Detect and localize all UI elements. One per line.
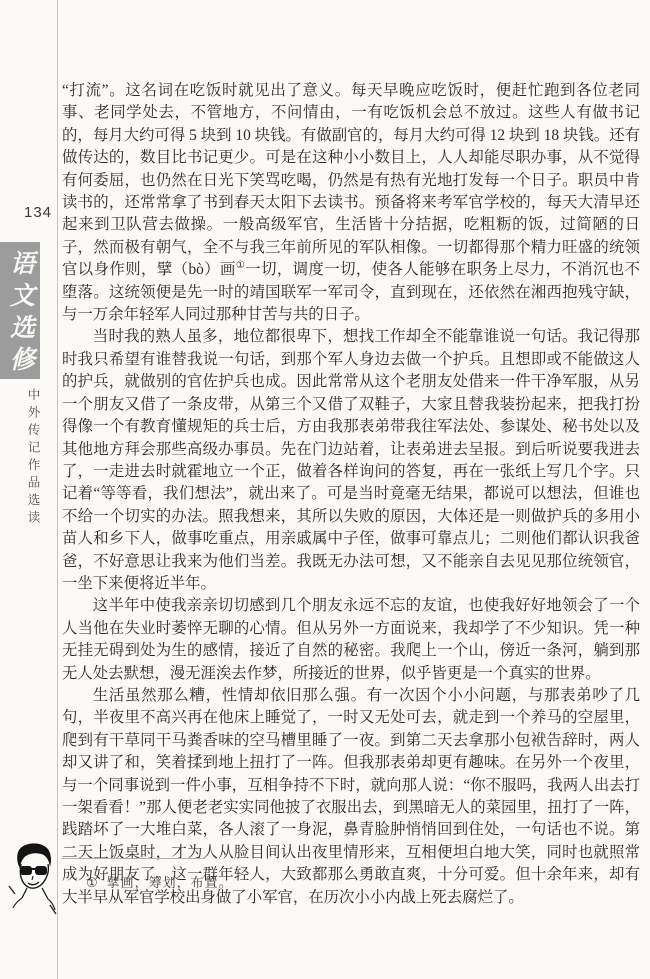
author-portrait-sketch bbox=[6, 842, 58, 938]
paragraph-1-before-note: “打流”。这名词在吃饭时就见出了意义。每天早晚应吃饭时，便赶忙跑到各位老同事、老… bbox=[62, 82, 640, 278]
volume-title-vertical: 中外传记作品选读 bbox=[20, 388, 46, 548]
paragraph-2: 当时我的熟人虽多，地位都很卑下，想找工作却全不能靠谁说一句话。我记得那时我只希望… bbox=[62, 326, 640, 595]
footnote-marker: ① bbox=[86, 875, 99, 890]
margin-rule bbox=[57, 0, 58, 979]
paragraph-1: “打流”。这名词在吃饭时就见出了意义。每天早晚应吃饭时，便赶忙跑到各位老同事、老… bbox=[62, 80, 640, 326]
body-text: “打流”。这名词在吃饭时就见出了意义。每天早晚应吃饭时，便赶忙跑到各位老同事、老… bbox=[62, 80, 640, 909]
page-number: 134 bbox=[22, 204, 54, 221]
footnote-text: 擘画，筹划，布置。 bbox=[107, 875, 233, 890]
author-portrait-icon bbox=[6, 842, 58, 938]
book-page: 134 语文选修 中外传记作品选读 “打流”。这名词在吃饭时就见出了意义。每天早… bbox=[0, 0, 650, 979]
paragraph-3: 这半年中使我亲亲切切感到几个朋友永远不忘的友谊，也使我好好地领会了一个人当他在失… bbox=[62, 595, 640, 685]
series-title-vertical: 语文选修 bbox=[8, 244, 33, 378]
footnote-divider bbox=[62, 858, 205, 859]
footnote: ①擘画，筹划，布置。 bbox=[62, 872, 640, 891]
footnote-area: ①擘画，筹划，布置。 bbox=[62, 858, 640, 891]
series-title-box: 语文选修 bbox=[0, 242, 40, 379]
footnote-reference: ① bbox=[236, 260, 245, 271]
